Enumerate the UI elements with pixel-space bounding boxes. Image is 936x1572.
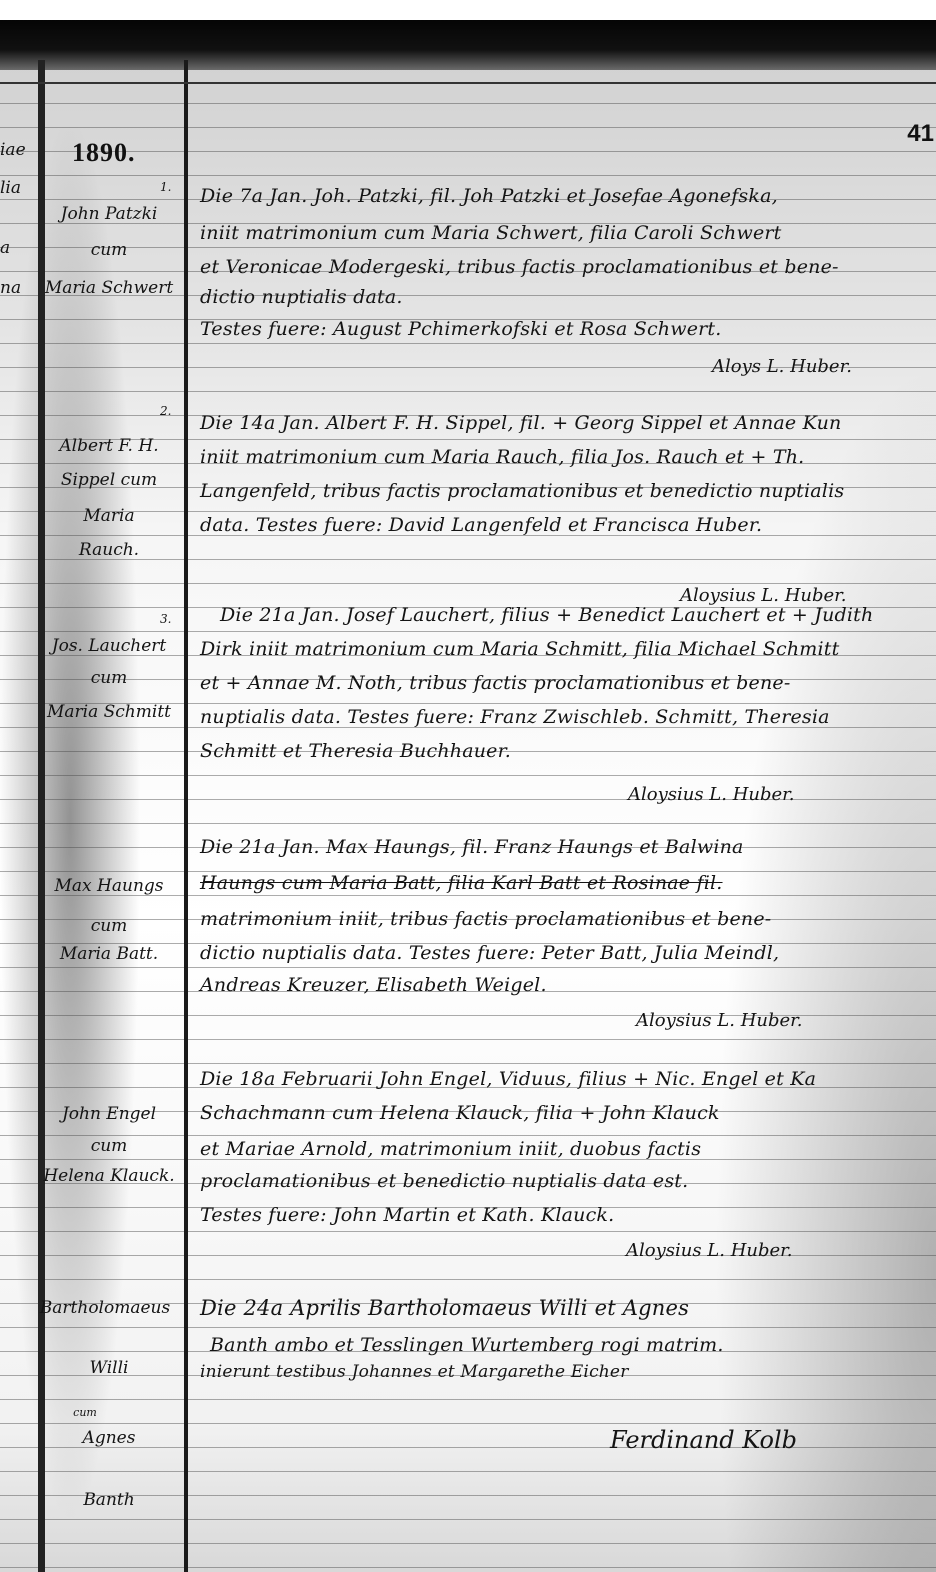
entry-text-line: Schmitt et Theresia Buchhauer. bbox=[200, 740, 511, 762]
entry-text-line: Testes fuere: John Martin et Kath. Klauc… bbox=[200, 1204, 614, 1226]
entry-text-line: iniit matrimonium cum Maria Schwert, fil… bbox=[200, 222, 782, 244]
page-number: 41 bbox=[907, 120, 934, 148]
entry-number: 1. bbox=[160, 180, 171, 194]
margin-name-line: Maria Schwert bbox=[34, 278, 184, 298]
margin-name-line: Maria bbox=[34, 506, 184, 526]
year-heading: 1890. bbox=[72, 138, 136, 168]
margin-name-line: John Patzki bbox=[34, 204, 184, 224]
priest-signature: Ferdinand Kolb bbox=[610, 1426, 797, 1454]
header-rule bbox=[0, 82, 936, 84]
margin-name-line: Sippel cum bbox=[34, 470, 184, 490]
entry-text-line: proclamationibus et benedictio nuptialis… bbox=[200, 1170, 688, 1192]
entry-text-line: Dirk iniit matrimonium cum Maria Schmitt… bbox=[200, 638, 839, 660]
priest-signature: Aloys L. Huber. bbox=[712, 356, 852, 377]
margin-name-line: Agnes bbox=[34, 1428, 184, 1448]
entry-text-line: Die 7a Jan. Joh. Patzki, fil. Joh Patzki… bbox=[200, 185, 778, 207]
entry-text-line: dictio nuptialis data. bbox=[200, 286, 403, 308]
entry-text-line: iniit matrimonium cum Maria Rauch, filia… bbox=[200, 446, 804, 468]
entry-text-line: dictio nuptialis data. Testes fuere: Pet… bbox=[200, 942, 779, 964]
entry-text-line: et Mariae Arnold, matrimonium iniit, duo… bbox=[200, 1138, 701, 1160]
entry-text-line: inierunt testibus Johannes et Margarethe… bbox=[200, 1362, 629, 1382]
adjacent-page-fragment: na bbox=[0, 278, 21, 298]
entry-text-line: Die 21a Jan. Max Haungs, fil. Franz Haun… bbox=[200, 836, 744, 858]
scan-shadow-band bbox=[0, 20, 936, 70]
margin-name-line: cum bbox=[34, 916, 184, 936]
entry-text-line: matrimonium iniit, tribus factis proclam… bbox=[200, 908, 771, 930]
entry-text-line-struck: Haungs cum Maria Batt, filia Karl Batt e… bbox=[200, 872, 723, 894]
entry-text-line: Die 21a Jan. Josef Lauchert, filius + Be… bbox=[220, 604, 873, 626]
entry-text-line: Die 14a Jan. Albert F. H. Sippel, fil. +… bbox=[200, 412, 841, 434]
adjacent-page-fragment: a bbox=[0, 238, 10, 258]
adjacent-page-fragment: lia bbox=[0, 178, 21, 198]
margin-name-line: Bartholomaeus bbox=[30, 1298, 180, 1318]
entry-text-line: Andreas Kreuzer, Elisabeth Weigel. bbox=[200, 974, 547, 996]
margin-name-line: Albert F. H. bbox=[34, 436, 184, 456]
margin-name-line: Banth bbox=[34, 1490, 184, 1510]
margin-name-line: Rauch. bbox=[34, 540, 184, 560]
margin-name-line: John Engel bbox=[34, 1104, 184, 1124]
adjacent-page-fragment: iae bbox=[0, 140, 26, 160]
margin-name-line: cum bbox=[34, 240, 184, 260]
margin-name-line: Maria Schmitt bbox=[34, 702, 184, 722]
priest-signature: Aloysius L. Huber. bbox=[680, 585, 847, 606]
entry-text-line: nuptialis data. Testes fuere: Franz Zwis… bbox=[200, 706, 830, 728]
priest-signature: Aloysius L. Huber. bbox=[636, 1010, 803, 1031]
entry-number: 2. bbox=[160, 404, 171, 418]
entry-text-line: Banth ambo et Tesslingen Wurtemberg rogi… bbox=[210, 1334, 724, 1356]
entry-text-line: Testes fuere: August Pchimerkofski et Ro… bbox=[200, 318, 722, 340]
priest-signature: Aloysius L. Huber. bbox=[628, 784, 795, 805]
margin-name-line: Jos. Lauchert bbox=[34, 636, 184, 656]
entry-text-line: Die 24a Aprilis Bartholomaeus Willi et A… bbox=[200, 1296, 689, 1320]
margin-name-line: cum bbox=[34, 1136, 184, 1156]
entry-text-line: Langenfeld, tribus factis proclamationib… bbox=[200, 480, 844, 502]
entry-text-line: et + Annae M. Noth, tribus factis procla… bbox=[200, 672, 790, 694]
margin-name-line: cum bbox=[10, 1406, 160, 1419]
entry-number: 3. bbox=[160, 612, 171, 626]
entry-text-line: data. Testes fuere: David Langenfeld et … bbox=[200, 514, 762, 536]
margin-name-line: cum bbox=[34, 668, 184, 688]
entry-text-line: et Veronicae Modergeski, tribus factis p… bbox=[200, 256, 839, 278]
entry-text-line: Schachmann cum Helena Klauck, filia + Jo… bbox=[200, 1102, 720, 1124]
margin-name-line: Max Haungs bbox=[34, 876, 184, 896]
margin-name-line: Willi bbox=[34, 1358, 184, 1378]
priest-signature: Aloysius L. Huber. bbox=[626, 1240, 793, 1261]
name-column-rule bbox=[184, 60, 188, 1572]
margin-name-line: Maria Batt. bbox=[34, 944, 184, 964]
entry-text-line: Die 18a Februarii John Engel, Viduus, fi… bbox=[200, 1068, 816, 1090]
margin-name-line: Helena Klauck. bbox=[34, 1166, 184, 1186]
